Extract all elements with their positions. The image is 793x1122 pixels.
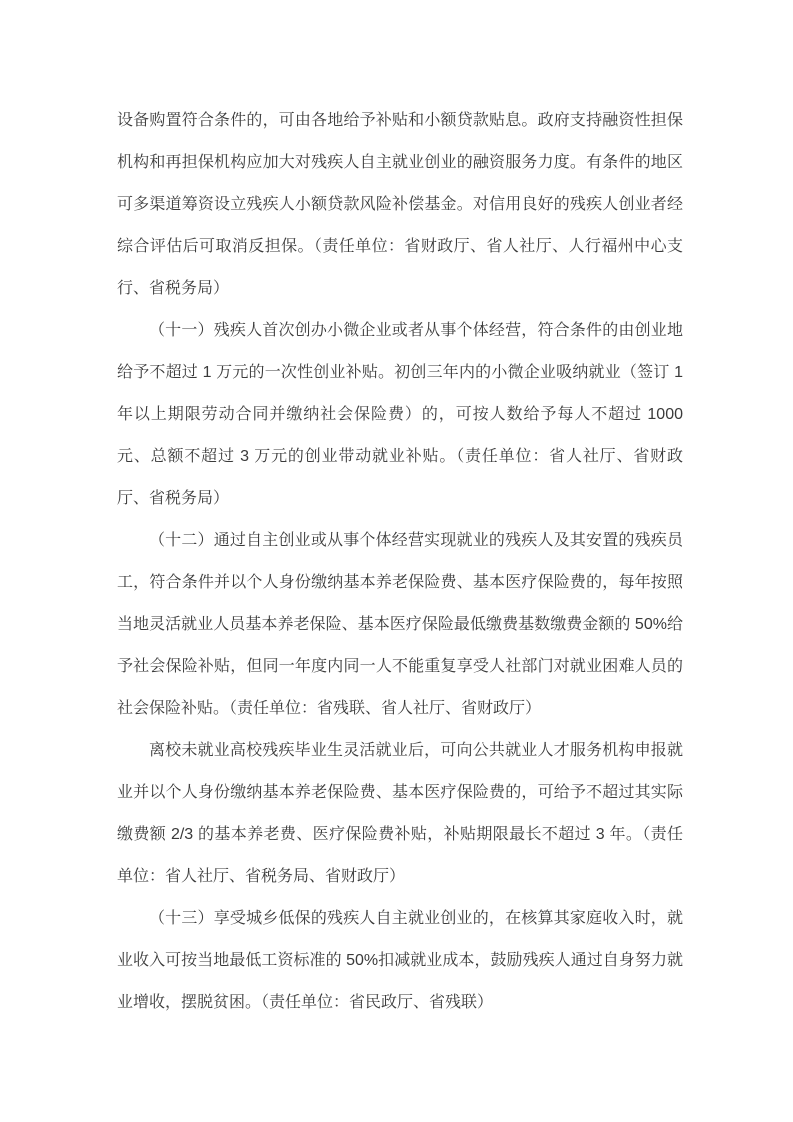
document-body-text: 设备购置符合条件的，可由各地给予补贴和小额贷款贴息。政府支持融资性担保机构和再担… [117, 100, 683, 1024]
para-item-11: （十一）残疾人首次创办小微企业或者从事个体经营，符合条件的由创业地给予不超过 1… [117, 310, 683, 520]
para-item-12-graduates: 离校未就业高校残疾毕业生灵活就业后，可向公共就业人才服务机构申报就业并以个人身份… [117, 730, 683, 898]
para-item-12: （十二）通过自主创业或从事个体经营实现就业的残疾人及其安置的残疾员工，符合条件并… [117, 520, 683, 730]
para-item-10-continuation: 设备购置符合条件的，可由各地给予补贴和小额贷款贴息。政府支持融资性担保机构和再担… [117, 100, 683, 310]
document-page: 设备购置符合条件的，可由各地给予补贴和小额贷款贴息。政府支持融资性担保机构和再担… [0, 0, 793, 1122]
para-item-13: （十三）享受城乡低保的残疾人自主就业创业的，在核算其家庭收入时，就业收入可按当地… [117, 898, 683, 1024]
